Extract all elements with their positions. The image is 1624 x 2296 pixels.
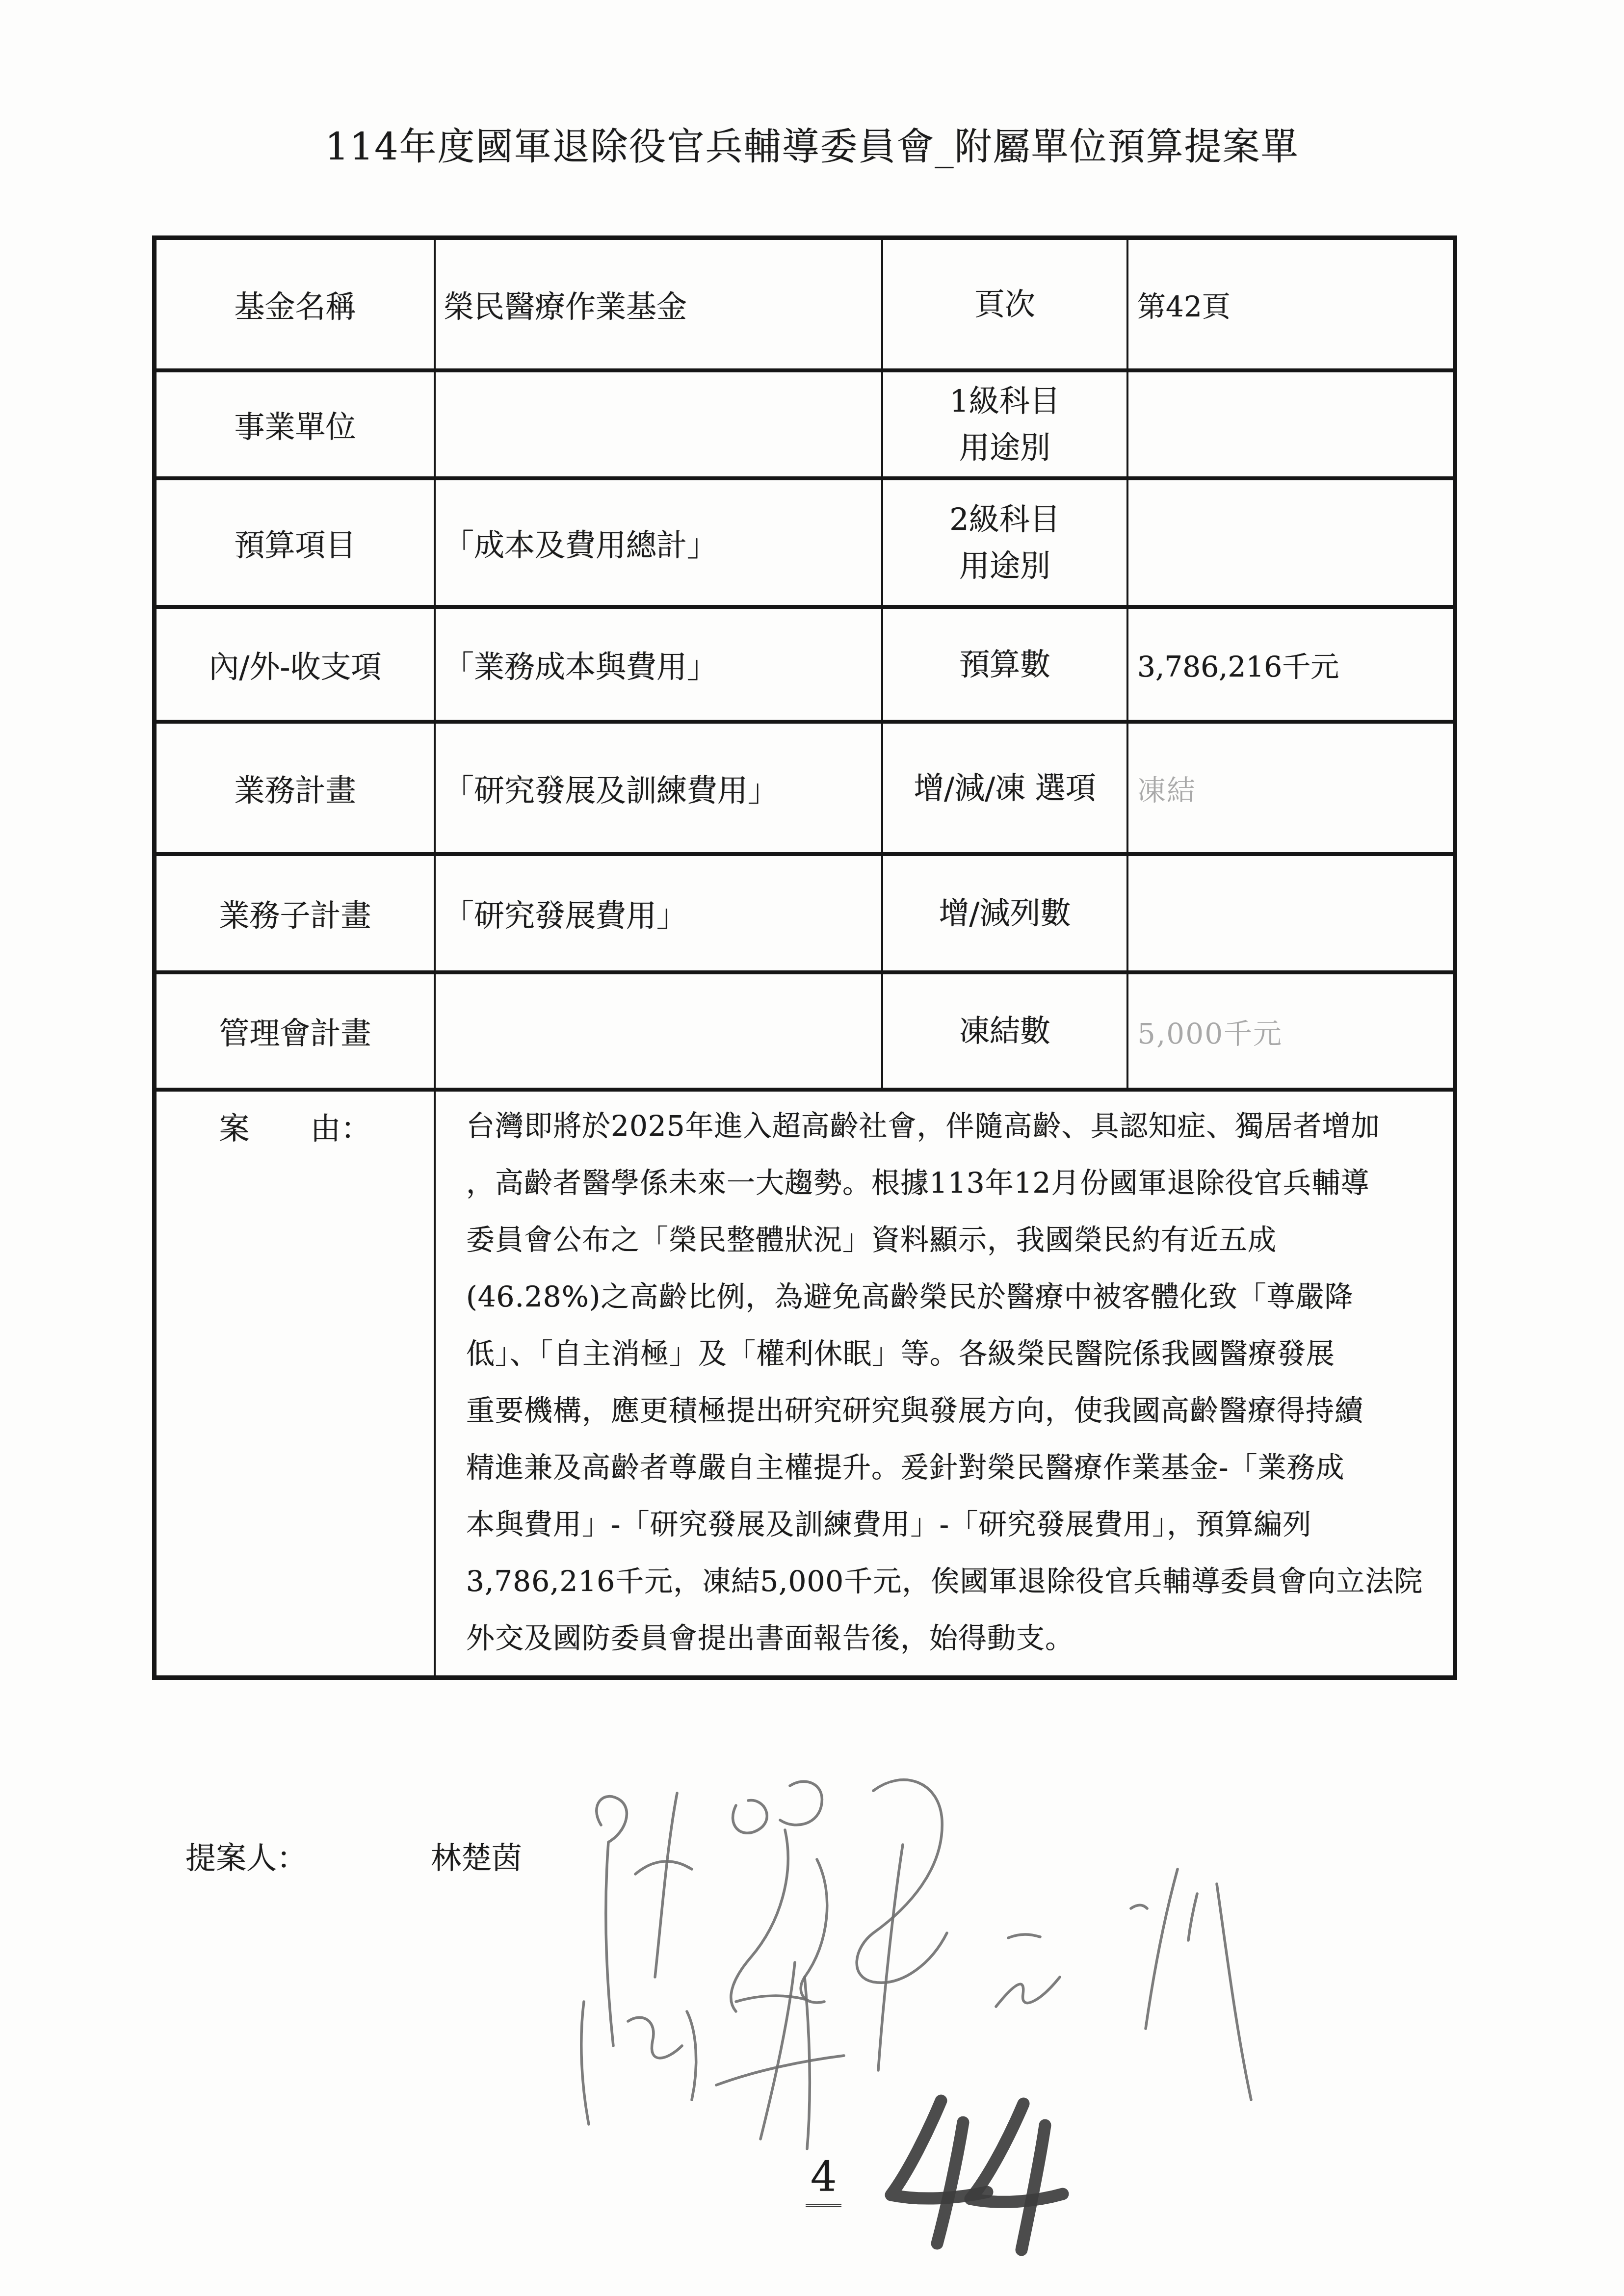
case-label: 案 由：: [157, 1092, 434, 1675]
page-number: 4: [806, 2153, 841, 2207]
row-value2: 第42頁: [1126, 240, 1453, 368]
row-label: 業務計畫: [157, 724, 434, 852]
row-label2-line1: 1級科目: [949, 378, 1060, 424]
table-row-revenue-expense: 內/外-收支項 「業務成本與費用」 預算數 3,786,216千元: [157, 609, 1453, 724]
table-row-business-unit: 事業單位 1級科目 用途別: [157, 372, 1453, 480]
row-label2-line1: 增/減/凍 選項: [914, 765, 1096, 811]
row-value2-frozen-amount: 5,000千元: [1126, 974, 1453, 1088]
proposer-name: 林楚茵: [431, 1834, 522, 1878]
row-value: 「業務成本與費用」: [434, 609, 881, 720]
table-row-management-plan: 管理會計畫 凍結數 5,000千元: [157, 974, 1453, 1092]
document-page: 114年度國軍退除役官兵輔導委員會_附屬單位預算提案單 基金名稱 榮民醫療作業基…: [0, 0, 1624, 2296]
row-value: [434, 372, 881, 476]
row-label2-line1: 頁次: [974, 281, 1035, 328]
row-value2: [1126, 372, 1453, 476]
case-line: (46.28%)之高齡比例，為避免高齡榮民於醫療中被客體化致「尊嚴降: [466, 1268, 1441, 1325]
row-label2: 預算數: [881, 609, 1126, 720]
row-label2: 增/減列數: [881, 856, 1126, 970]
row-label2-line1: 預算數: [959, 641, 1050, 688]
table-row-business-plan: 業務計畫 「研究發展及訓練費用」 增/減/凍 選項 凍結: [157, 724, 1453, 856]
case-text: 台灣即將於2025年進入超高齡社會，伴隨高齡、具認知症、獨居者增加 ，高齡者醫學…: [434, 1092, 1453, 1675]
case-line: 精進兼及高齡者尊嚴自主權提升。爰針對榮民醫療作業基金-「業務成: [466, 1439, 1441, 1496]
row-label: 業務子計畫: [157, 856, 434, 970]
case-line: 台灣即將於2025年進入超高齡社會，伴隨高齡、具認知症、獨居者增加: [466, 1097, 1441, 1154]
row-label: 管理會計畫: [157, 974, 434, 1088]
case-line: ，高齡者醫學係未來一大趨勢。根據113年12月份國軍退除役官兵輔導: [466, 1154, 1441, 1211]
row-label2: 增/減/凍 選項: [881, 724, 1126, 852]
row-label2: 凍結數: [881, 974, 1126, 1088]
proposer-label: 提案人：: [185, 1834, 307, 1878]
table-row-budget-item: 預算項目 「成本及費用總計」 2級科目 用途別: [157, 480, 1453, 609]
row-label2-line2: 用途別: [959, 424, 1050, 471]
handwritten-page-number-44: [883, 2094, 1070, 2261]
row-label: 基金名稱: [157, 240, 434, 368]
table-row-business-subplan: 業務子計畫 「研究發展費用」 增/減列數: [157, 856, 1453, 974]
case-line: 本與費用」-「研究發展及訓練費用」-「研究發展費用」，預算編列: [466, 1496, 1441, 1553]
row-value2: [1126, 480, 1453, 605]
row-label: 內/外-收支項: [157, 609, 434, 720]
row-value2: 3,786,216千元: [1126, 609, 1453, 720]
case-line: 3,786,216千元，凍結5,000千元，俟國軍退除役官兵輔導委員會向立法院: [466, 1553, 1441, 1610]
row-label2-line1: 2級科目: [949, 496, 1060, 543]
document-title: 114年度國軍退除役官兵輔導委員會_附屬單位預算提案單: [0, 117, 1624, 170]
row-label: 預算項目: [157, 480, 434, 605]
row-label2-line1: 增/減列數: [939, 890, 1071, 937]
row-label2-line1: 凍結數: [959, 1008, 1050, 1054]
case-line: 委員會公布之「榮民整體狀況」資料顯示，我國榮民約有近五成: [466, 1211, 1441, 1268]
case-line: 重要機構，應更積極提出研究研究與發展方向，使我國高齡醫療得持續: [466, 1382, 1441, 1439]
row-value: 「研究發展費用」: [434, 856, 881, 970]
row-value2-frozen-stamp: 凍結: [1126, 724, 1453, 852]
row-value: 榮民醫療作業基金: [434, 240, 881, 368]
row-value: 「研究發展及訓練費用」: [434, 724, 881, 852]
row-label2: 頁次: [881, 240, 1126, 368]
row-label2-line2: 用途別: [959, 543, 1050, 589]
table-row-fund-name: 基金名稱 榮民醫療作業基金 頁次 第42頁: [157, 240, 1453, 372]
row-label2: 2級科目 用途別: [881, 480, 1126, 605]
row-value: 「成本及費用總計」: [434, 480, 881, 605]
row-value2: [1126, 856, 1453, 970]
table-row-case-description: 案 由： 台灣即將於2025年進入超高齡社會，伴隨高齡、具認知症、獨居者增加 ，…: [157, 1092, 1453, 1675]
budget-table: 基金名稱 榮民醫療作業基金 頁次 第42頁 事業單位 1級科目 用途別 預算項目…: [152, 235, 1457, 1680]
row-label2: 1級科目 用途別: [881, 372, 1126, 476]
case-line: 低」、「自主消極」及「權利休眠」等。各級榮民醫院係我國醫療發展: [466, 1325, 1441, 1382]
row-label: 事業單位: [157, 372, 434, 476]
row-value: [434, 974, 881, 1088]
case-line: 外交及國防委員會提出書面報告後，始得動支。: [466, 1610, 1441, 1667]
